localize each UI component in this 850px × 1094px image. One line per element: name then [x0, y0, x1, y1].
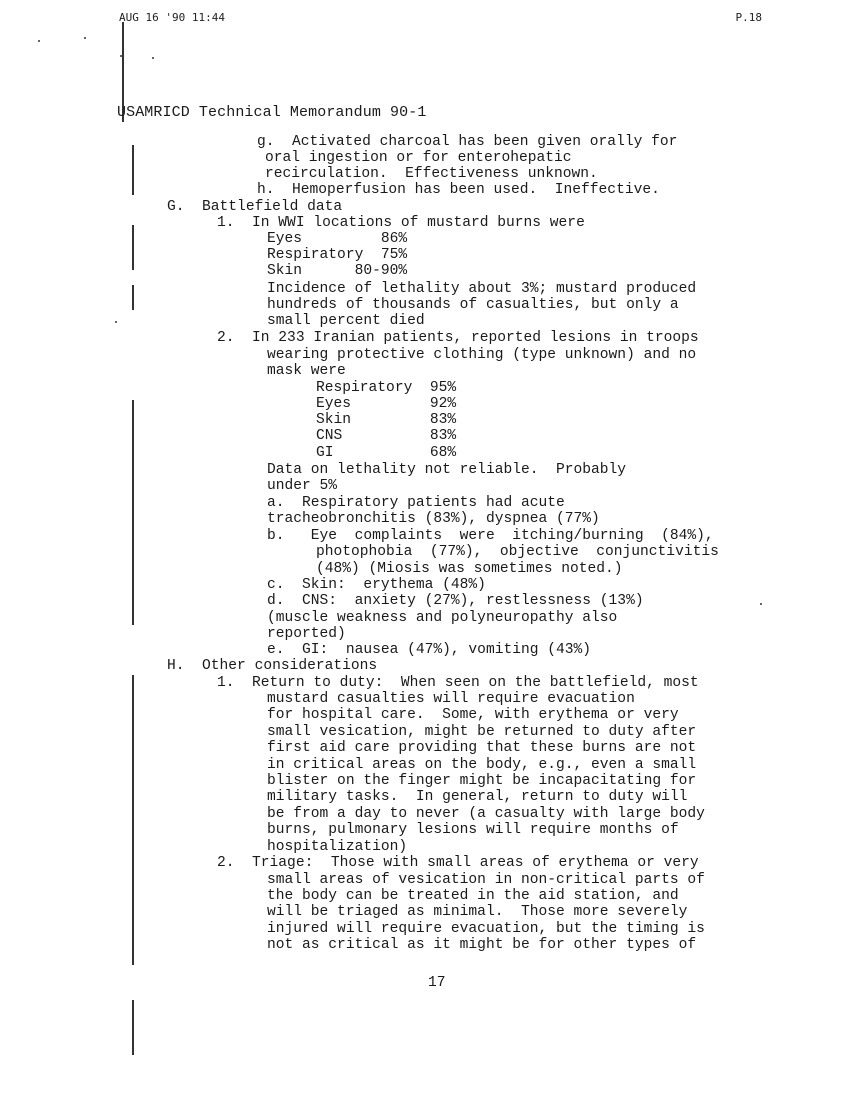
text-line: not as critical as it might be for other…: [267, 937, 696, 953]
text-line: 2. In 233 Iranian patients, reported les…: [217, 330, 699, 346]
text-line: blister on the finger might be incapacit…: [267, 773, 696, 789]
text-line: 2. Triage: Those with small areas of ery…: [217, 855, 699, 871]
scan-speck: [115, 321, 117, 323]
text-line: small areas of vesication in non-critica…: [267, 872, 705, 888]
text-line: h. Hemoperfusion has been used. Ineffect…: [257, 182, 660, 198]
text-line: b. Eye complaints were itching/burning (…: [267, 528, 714, 544]
text-line: H. Other considerations: [167, 658, 377, 674]
margin-bar: [132, 225, 134, 270]
scan-speck: [120, 55, 122, 57]
text-line: military tasks. In general, return to du…: [267, 789, 687, 805]
margin-bar: [132, 285, 134, 310]
text-line: tracheobronchitis (83%), dyspnea (77%): [267, 511, 600, 527]
text-line: burns, pulmonary lesions will require mo…: [267, 822, 679, 838]
text-line: Incidence of lethality about 3%; mustard…: [267, 281, 696, 297]
text-line: mustard casualties will require evacuati…: [267, 691, 635, 707]
text-line: Respiratory 75%: [267, 247, 407, 263]
text-line: photophobia (77%), objective conjunctivi…: [316, 544, 719, 560]
text-line: d. CNS: anxiety (27%), restlessness (13%…: [267, 593, 644, 609]
text-line: G. Battlefield data: [167, 199, 342, 215]
page-number: 17: [428, 975, 446, 991]
text-line: recirculation. Effectiveness unknown.: [265, 166, 598, 182]
scan-speck: [760, 603, 762, 605]
text-line: be from a day to never (a casualty with …: [267, 806, 705, 822]
text-line: wearing protective clothing (type unknow…: [267, 347, 696, 363]
text-line: small percent died: [267, 313, 425, 329]
fax-page-ref: P.18: [736, 11, 763, 24]
text-line: Data on lethality not reliable. Probably: [267, 462, 626, 478]
fax-timestamp: AUG 16 '90 11:44: [119, 11, 225, 24]
text-line: Skin 80-90%: [267, 263, 407, 279]
text-line: Eyes 92%: [316, 396, 456, 412]
margin-bar: [132, 1000, 134, 1055]
scan-speck: [152, 57, 154, 59]
text-line: (48%) (Miosis was sometimes noted.): [316, 561, 623, 577]
text-line: GI 68%: [316, 445, 456, 461]
text-line: Skin 83%: [316, 412, 456, 428]
text-line: a. Respiratory patients had acute: [267, 495, 565, 511]
fax-header: AUG 16 '90 11:44 P.18: [119, 11, 762, 24]
text-line: for hospital care. Some, with erythema o…: [267, 707, 679, 723]
text-line: hundreds of thousands of casualties, but…: [267, 297, 679, 313]
text-line: hospitalization): [267, 839, 407, 855]
text-line: Respiratory 95%: [316, 380, 456, 396]
text-line: 1. In WWI locations of mustard burns wer…: [217, 215, 585, 231]
text-line: g. Activated charcoal has been given ora…: [257, 134, 677, 150]
text-line: oral ingestion or for enterohepatic: [265, 150, 572, 166]
margin-bar: [132, 675, 134, 965]
text-line: c. Skin: erythema (48%): [267, 577, 486, 593]
text-line: reported): [267, 626, 346, 642]
text-line: in critical areas on the body, e.g., eve…: [267, 757, 696, 773]
margin-bar: [132, 400, 134, 625]
memo-title: USAMRICD Technical Memorandum 90-1: [117, 104, 426, 121]
text-line: mask were: [267, 363, 346, 379]
margin-bar: [132, 145, 134, 195]
text-line: (muscle weakness and polyneuropathy also: [267, 610, 617, 626]
text-line: injured will require evacuation, but the…: [267, 921, 705, 937]
text-line: 1. Return to duty: When seen on the batt…: [217, 675, 699, 691]
text-line: first aid care providing that these burn…: [267, 740, 696, 756]
scan-speck: [38, 40, 40, 42]
text-line: Eyes 86%: [267, 231, 407, 247]
text-line: under 5%: [267, 478, 337, 494]
scan-speck: [84, 37, 86, 39]
text-line: will be triaged as minimal. Those more s…: [267, 904, 687, 920]
text-line: CNS 83%: [316, 428, 456, 444]
text-line: small vesication, might be returned to d…: [267, 724, 696, 740]
text-line: the body can be treated in the aid stati…: [267, 888, 679, 904]
text-line: e. GI: nausea (47%), vomiting (43%): [267, 642, 591, 658]
